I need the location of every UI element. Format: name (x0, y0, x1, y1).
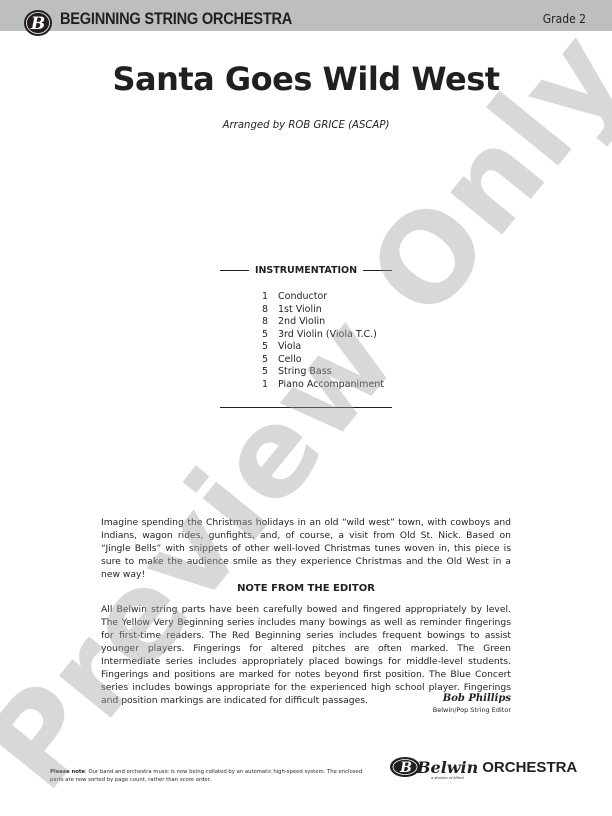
part-name: Cello (278, 354, 302, 367)
piece-title: Santa Goes Wild West (0, 60, 612, 98)
editor-note-text: All Belwin string parts have been carefu… (101, 603, 511, 707)
grade-label: Grade 2 (543, 12, 586, 26)
part-name: 1st Violin (278, 304, 322, 317)
instrumentation-list: 1Conductor 81st Violin 82nd Violin 53rd … (262, 291, 384, 391)
footnote-text: : Our band and orchestra music is now be… (50, 769, 362, 783)
brand-name: Belwin (417, 758, 478, 777)
part-quantity: 8 (262, 316, 278, 329)
piece-description: Imagine spending the Christmas holidays … (101, 516, 511, 581)
list-item: 5Viola (262, 341, 384, 354)
list-item: 5Cello (262, 354, 384, 367)
arranger-credit: Arranged by ROB GRICE (ASCAP) (24, 118, 587, 131)
part-name: String Bass (278, 366, 332, 379)
instrumentation-title: INSTRUMENTATION (255, 265, 357, 276)
part-name: 3rd Violin (Viola T.C.) (278, 329, 377, 342)
part-name: Conductor (278, 291, 327, 304)
svg-text:B: B (30, 14, 45, 34)
list-item: 1Piano Accompaniment (262, 379, 384, 392)
list-item: 53rd Violin (Viola T.C.) (262, 329, 384, 342)
belwin-b-logo-icon: B (23, 9, 53, 37)
list-item: 1Conductor (262, 291, 384, 304)
part-quantity: 5 (262, 341, 278, 354)
part-quantity: 5 (262, 366, 278, 379)
editor-signature: Bob Phillips (443, 693, 511, 704)
series-title: BEGINNING STRING ORCHESTRA (60, 9, 292, 29)
instrumentation-heading: INSTRUMENTATION (220, 265, 392, 276)
part-name: 2nd Violin (278, 316, 325, 329)
collation-footnote: Please note: Our band and orchestra musi… (50, 768, 370, 784)
part-quantity: 1 (262, 291, 278, 304)
editor-note-heading: NOTE FROM THE EDITOR (0, 583, 612, 594)
brand-suffix: ORCHESTRA (482, 759, 577, 776)
part-name: Piano Accompaniment (278, 379, 384, 392)
instrumentation-bottom-rule (220, 407, 392, 408)
brand-subtitle: a division of Alfred (431, 776, 464, 780)
list-item: 82nd Violin (262, 316, 384, 329)
list-item: 5String Bass (262, 366, 384, 379)
part-quantity: 8 (262, 304, 278, 317)
divider (220, 270, 249, 271)
footnote-label: Please note (50, 769, 85, 775)
part-quantity: 5 (262, 329, 278, 342)
editor-title: Belwin/Pop String Editor (433, 706, 511, 714)
part-quantity: 1 (262, 379, 278, 392)
list-item: 81st Violin (262, 304, 384, 317)
belwin-orchestra-brand: B Belwin ORCHESTRA a division of Alfred (389, 756, 577, 778)
divider (363, 270, 392, 271)
part-name: Viola (278, 341, 301, 354)
part-quantity: 5 (262, 354, 278, 367)
svg-text:B: B (399, 760, 412, 776)
